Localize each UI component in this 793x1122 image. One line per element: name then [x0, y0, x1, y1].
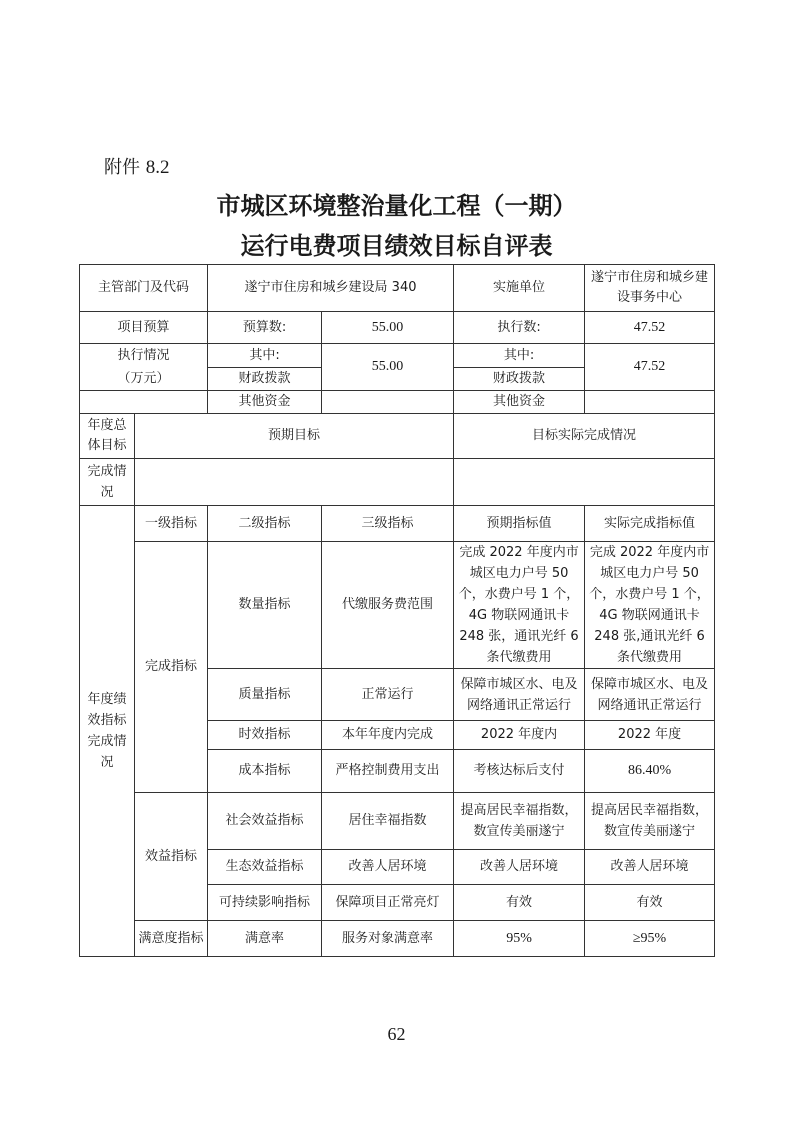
header-level2: 二级指标: [208, 506, 322, 542]
attachment-number: 8.2: [146, 157, 170, 178]
budget-count-label: 预算数:: [208, 312, 322, 344]
annual-goal-label: 年度总体目标: [80, 414, 135, 459]
exec-other-funds-value: [585, 391, 715, 414]
group-satisfaction: 满意度指标: [135, 921, 208, 957]
performance-table: 主管部门及代码 遂宁市住房和城乡建设局 340 实施单位 遂宁市住房和城乡建设事…: [79, 264, 715, 957]
header-actual: 实际完成指标值: [585, 506, 715, 542]
table-row: 其他资金 其他资金: [80, 391, 715, 414]
row-level2: 可持续影响指标: [208, 885, 322, 921]
row-level2: 数量指标: [208, 542, 322, 669]
actual-goal-value: [454, 459, 715, 506]
budget-fiscal-value: 55.00: [322, 344, 454, 391]
perf-label: 年度绩效指标完成情况: [80, 506, 135, 957]
table-row: 完成指标 数量指标 代缴服务费范围 完成 2022 年度内市城区电力户号 50 …: [80, 542, 715, 669]
row-actual: ≥95%: [585, 921, 715, 957]
row-level3: 改善人居环境: [322, 850, 454, 885]
budget-of-which-label: 其中:: [208, 344, 322, 368]
impl-value: 遂宁市住房和城乡建设事务中心: [585, 265, 715, 312]
row-level3: 严格控制费用支出: [322, 750, 454, 793]
table-row: 执行情况 其中: 55.00 其中: 47.52: [80, 344, 715, 368]
row-level3: 保障项目正常亮灯: [322, 885, 454, 921]
budget-count-value: 55.00: [322, 312, 454, 344]
empty-cell: [80, 391, 208, 414]
expected-goal-value: [135, 459, 454, 506]
row-level3: 正常运行: [322, 669, 454, 721]
table-row: 主管部门及代码 遂宁市住房和城乡建设局 340 实施单位 遂宁市住房和城乡建设事…: [80, 265, 715, 312]
table-row: 效益指标 社会效益指标 居住幸福指数 提高居民幸福指数，数宣传美丽遂宁 提高居民…: [80, 793, 715, 850]
row-actual: 有效: [585, 885, 715, 921]
row-level3: 本年年度内完成: [322, 721, 454, 750]
exec-fiscal-label: 财政拨款: [454, 368, 585, 391]
row-expected: 提高居民幸福指数，数宣传美丽遂宁: [454, 793, 585, 850]
exec-other-funds-label: 其他资金: [454, 391, 585, 414]
row-level2: 生态效益指标: [208, 850, 322, 885]
table-row: 完成情况: [80, 459, 715, 506]
completion-label: 完成情况: [80, 459, 135, 506]
dept-value: 遂宁市住房和城乡建设局 340: [208, 265, 454, 312]
exec-count-label: 执行数:: [454, 312, 585, 344]
row-level2: 社会效益指标: [208, 793, 322, 850]
group-completion: 完成指标: [135, 542, 208, 793]
row-expected: 2022 年度内: [454, 721, 585, 750]
row-expected: 有效: [454, 885, 585, 921]
budget-other-funds-label: 其他资金: [208, 391, 322, 414]
dept-label: 主管部门及代码: [80, 265, 208, 312]
exec-fiscal-value: 47.52: [585, 344, 715, 391]
actual-goal-label: 目标实际完成情况: [454, 414, 715, 459]
row-expected: 保障市城区水、电及网络通讯正常运行: [454, 669, 585, 721]
budget-label: 项目预算: [80, 312, 208, 344]
table-row: 满意度指标 满意率 服务对象满意率 95% ≥95%: [80, 921, 715, 957]
unit-label: （万元）: [80, 368, 208, 391]
row-actual: 提高居民幸福指数，数宣传美丽遂宁: [585, 793, 715, 850]
header-level3: 三级指标: [322, 506, 454, 542]
row-actual: 86.40%: [585, 750, 715, 793]
row-actual: 2022 年度: [585, 721, 715, 750]
row-level3: 服务对象满意率: [322, 921, 454, 957]
table-row: 年度总体目标 预期目标 目标实际完成情况: [80, 414, 715, 459]
title-line-2: 运行电费项目绩效目标自评表: [0, 226, 793, 261]
row-level2: 时效指标: [208, 721, 322, 750]
budget-fiscal-label: 财政拨款: [208, 368, 322, 391]
group-benefit: 效益指标: [135, 793, 208, 921]
row-expected: 改善人居环境: [454, 850, 585, 885]
row-actual: 保障市城区水、电及网络通讯正常运行: [585, 669, 715, 721]
row-level2: 成本指标: [208, 750, 322, 793]
row-actual: 改善人居环境: [585, 850, 715, 885]
row-expected: 考核达标后支付: [454, 750, 585, 793]
row-expected: 完成 2022 年度内市城区电力户号 50 个，水费户号 1 个，4G 物联网通…: [454, 542, 585, 669]
attachment-label-text: 附件: [104, 157, 140, 178]
expected-goal-label: 预期目标: [135, 414, 454, 459]
row-level2: 质量指标: [208, 669, 322, 721]
header-row: 年度绩效指标完成情况 一级指标 二级指标 三级指标 预期指标值 实际完成指标值: [80, 506, 715, 542]
row-level3: 居住幸福指数: [322, 793, 454, 850]
attachment-label: 附件 8.2: [104, 153, 169, 179]
exec-count-value: 47.52: [585, 312, 715, 344]
title-line-1: 市城区环境整治量化工程（一期）: [0, 186, 793, 221]
budget-other-funds-value: [322, 391, 454, 414]
page-number: 62: [0, 1024, 793, 1045]
exec-of-which-label: 其中:: [454, 344, 585, 368]
row-actual: 完成 2022 年度内市城区电力户号 50 个，水费户号 1 个，4G 物联网通…: [585, 542, 715, 669]
row-level2: 满意率: [208, 921, 322, 957]
exec-status-label: 执行情况: [80, 344, 208, 368]
header-level1: 一级指标: [135, 506, 208, 542]
row-expected: 95%: [454, 921, 585, 957]
table-row: 项目预算 预算数: 55.00 执行数: 47.52: [80, 312, 715, 344]
row-level3: 代缴服务费范围: [322, 542, 454, 669]
impl-label: 实施单位: [454, 265, 585, 312]
header-expected: 预期指标值: [454, 506, 585, 542]
